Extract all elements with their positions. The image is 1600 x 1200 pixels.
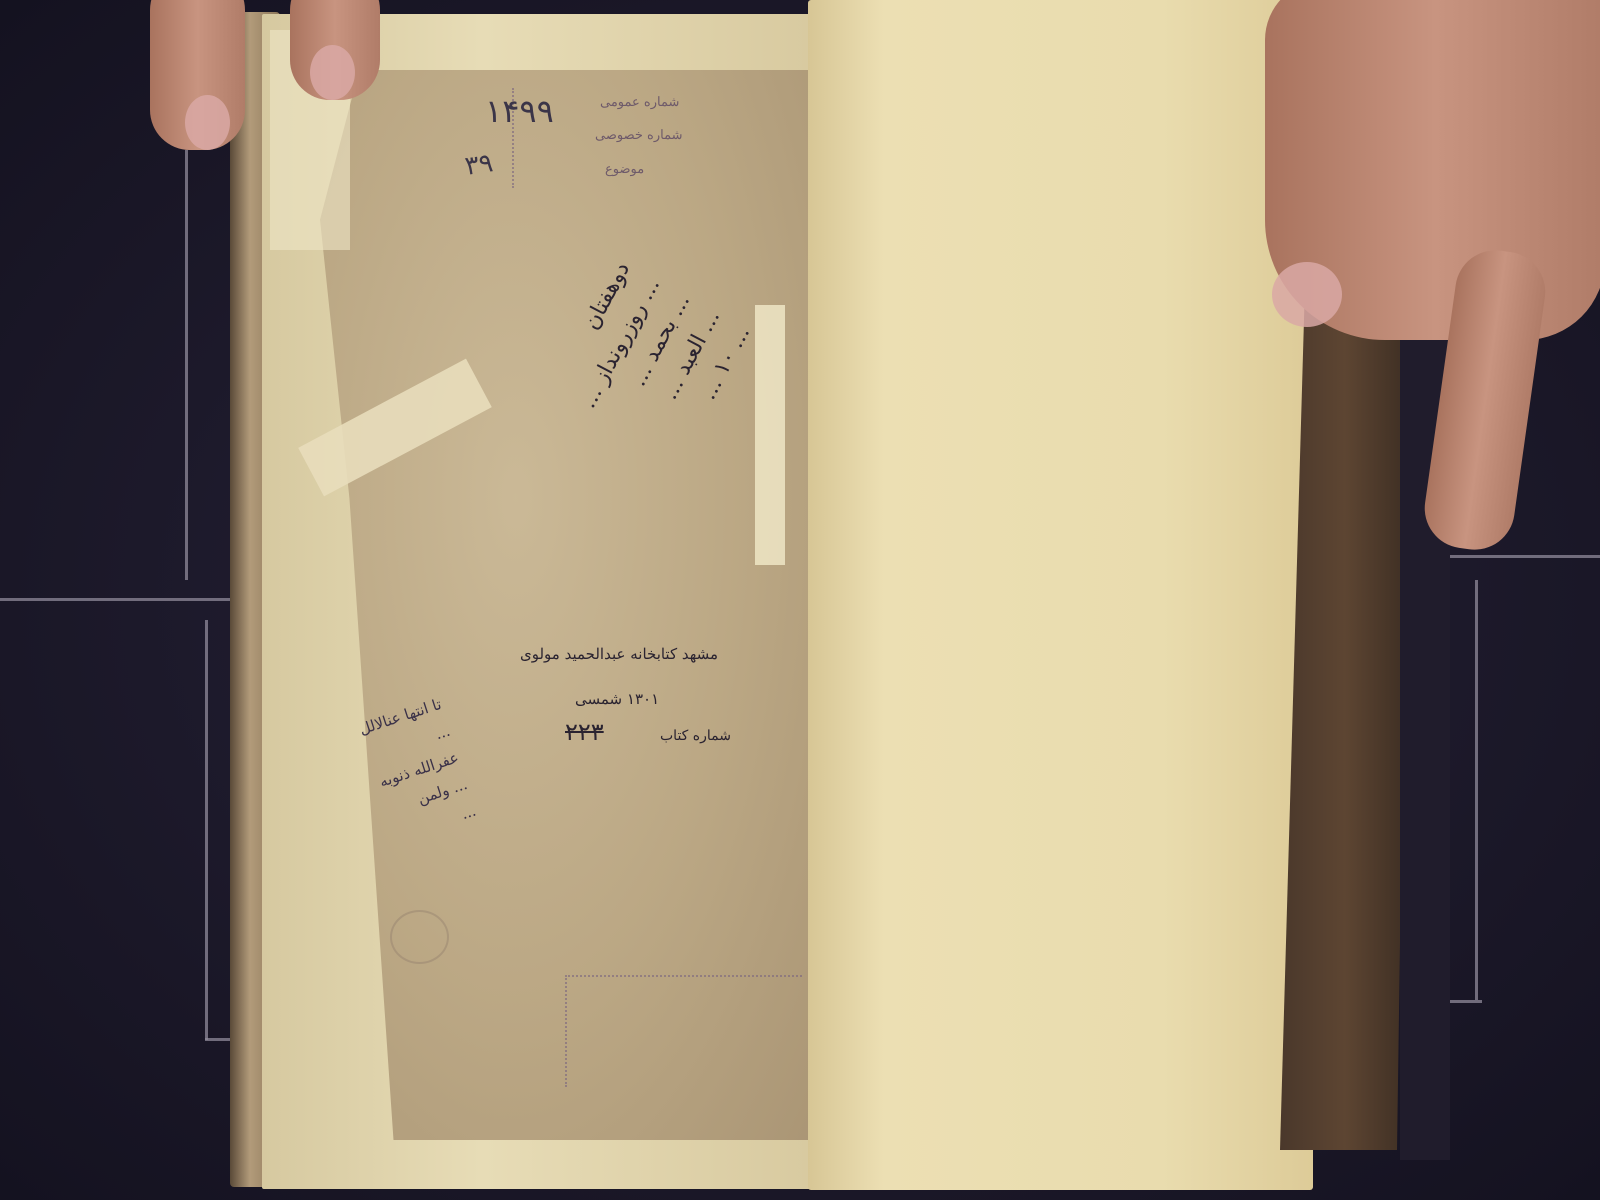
thumbnail xyxy=(1272,262,1342,327)
grid-line xyxy=(0,598,240,601)
secondary-number: ۳۹ xyxy=(463,148,495,182)
repair-tape xyxy=(755,305,785,565)
stamp-field-private-number: شماره خصوصی xyxy=(595,128,683,143)
library-stamp-name: مشهد کتابخانه عبدالحمید مولوی xyxy=(520,645,718,663)
grid-line xyxy=(185,150,188,580)
library-stamp-book-number-label: شماره کتاب xyxy=(660,728,731,744)
library-stamp-book-number: ۲۲۳ xyxy=(565,718,604,746)
library-stamp-year: ۱۳۰۱ شمسی xyxy=(575,690,659,708)
faded-rectangular-stamp xyxy=(565,975,802,1087)
grid-line xyxy=(205,620,208,1040)
stamp-field-general-number: شماره عمومی xyxy=(600,95,679,110)
grid-line xyxy=(1445,555,1600,558)
accession-number: ۱۴۹۹ xyxy=(485,92,554,130)
grid-line xyxy=(1475,580,1478,1000)
stamp-field-subject: موضوع xyxy=(605,162,644,177)
fingernail xyxy=(310,45,355,100)
fingernail xyxy=(185,95,230,150)
right-page-blank xyxy=(808,0,1313,1190)
faded-seal xyxy=(390,910,449,964)
